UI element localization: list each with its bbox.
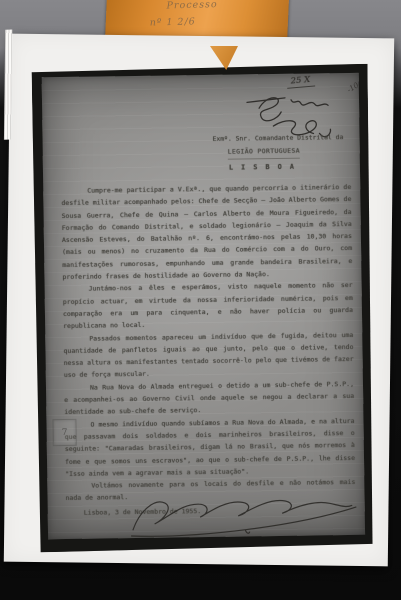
archive-photo-scene: Processo nº 1 2/6 25 X -10 Exmº. S <box>0 0 401 600</box>
report-paragraph: Na Rua Nova do Almada entreguei o detido… <box>64 378 354 419</box>
addressee-org: LEGIÃO PORTUGUESA <box>228 145 300 160</box>
report-paragraph: Juntámo-nos a êles e esperámos, visto na… <box>63 279 354 332</box>
report-paragraph: Cumpre-me participar a V.Exª., que quand… <box>61 181 352 283</box>
city-line: L I S B O A <box>229 163 296 172</box>
report-paragraph: Passados momentos apareceu um indivíduo … <box>63 329 354 382</box>
addressee-line: Exmº. Snr. Comandante Distrital da <box>212 131 343 146</box>
document-page: 25 X -10 Exmº. Snr. Comandante Distrital… <box>42 73 365 539</box>
album-sheet: 25 X -10 Exmº. Snr. Comandante Distrital… <box>4 34 394 567</box>
report-paragraph: O mesmo indivíduo quando subíamos a Rua … <box>64 415 355 481</box>
handwritten-top-mark: 25 X <box>287 75 315 89</box>
stamp-box: 7 <box>52 419 76 446</box>
stamp-glyph: 7 <box>62 427 68 437</box>
addressee-block: Exmº. Snr. Comandante Distrital da LEGIÃ… <box>212 131 343 160</box>
sticky-note-text-line2: nº 1 2/6 <box>150 16 196 28</box>
report-body: Cumpre-me participar a V.Exª., que quand… <box>61 181 356 519</box>
photo-frame: 25 X -10 Exmº. Snr. Comandante Distrital… <box>32 64 375 553</box>
sticky-note-text-line1: Processo <box>166 0 217 11</box>
handwritten-corner-mark: -10 <box>345 80 360 94</box>
